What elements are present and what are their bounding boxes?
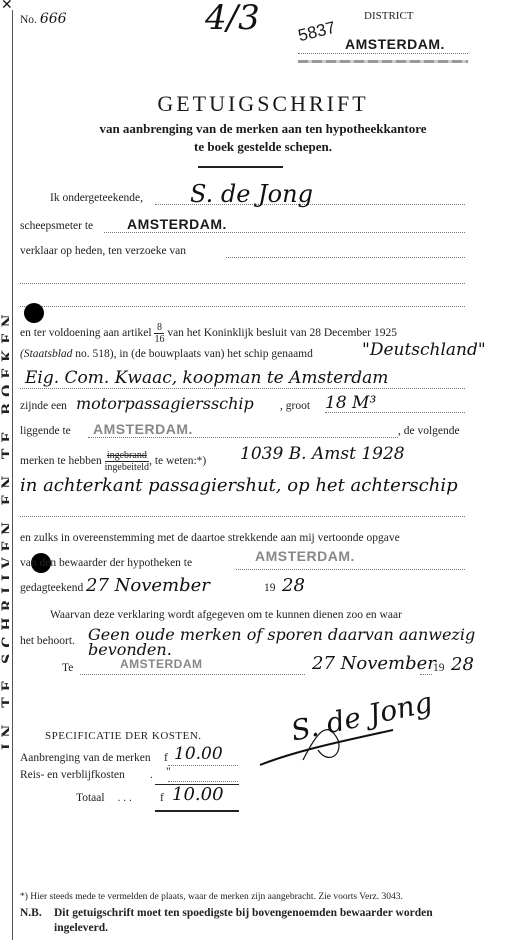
nb-text-line-1: Dit getuigschrift moet ten spoedigste bi… xyxy=(54,907,433,919)
sign-day: 27 xyxy=(312,653,335,674)
belongs-value: Geen oude merken of sporen daarvan aanwe… xyxy=(88,627,498,657)
article-denominator: 16 xyxy=(154,334,164,345)
left-margin-title: IN TE SCHRIJVEN EN TE BOEKEN xyxy=(0,250,9,750)
subtitle-line-2: te boek gestelde schepen. xyxy=(0,139,526,155)
dated-year-suffix: 28 xyxy=(282,575,305,596)
handwritten-reference: 4/3 xyxy=(205,0,260,38)
district-label: DISTRICT xyxy=(364,10,414,22)
staatsblad-rest: no. 518), in (de bouwplaats van) het sch… xyxy=(75,348,313,360)
surveyor-line xyxy=(104,232,465,233)
subtitle-line-1: van aanbrenging van de merken aan ten hy… xyxy=(0,121,526,137)
marks-line: merken te hebben ingebrand ingebeiteld ,… xyxy=(20,450,206,473)
total-label: Totaal xyxy=(76,792,105,804)
left-margin-text: IN TE SCHRIJVEN EN TE BOEKEN xyxy=(0,250,9,750)
sign-month: November xyxy=(341,653,436,674)
owner-line: Eig. Com. Kwaac, koopman te Amsterdam xyxy=(25,368,388,388)
type-label: zijnde een xyxy=(20,400,67,412)
declare-line-3 xyxy=(20,306,465,307)
sign-date-dotline xyxy=(420,674,432,675)
sign-year-prefix: 19 xyxy=(433,662,445,674)
cost-row-dotline-2 xyxy=(168,781,238,782)
total-rule xyxy=(155,810,239,812)
location-suffix: , de volgende xyxy=(398,425,460,437)
footnote: *) Hier steeds mede te vermelden de plaa… xyxy=(20,892,403,902)
location-label: liggende te xyxy=(20,425,71,437)
district-value: AMSTERDAM. xyxy=(345,36,445,52)
marks-suffix: , te weten:*) xyxy=(149,455,206,467)
marks-location: in achterkant passagiershut, op het acht… xyxy=(20,475,458,496)
sign-year-suffix: 28 xyxy=(451,654,474,675)
marks-options: ingebrand ingebeiteld xyxy=(105,450,149,473)
belongs-label: het behoort. xyxy=(20,635,75,647)
agreement-line: en zulks in overeenstemming met de daart… xyxy=(20,532,400,544)
cost-row-value-travel: " xyxy=(166,766,171,778)
dated-year-prefix: 19 xyxy=(264,582,276,594)
marks-label: merken te hebben xyxy=(20,455,102,467)
location-dotline xyxy=(88,437,398,438)
owner-dotline xyxy=(20,388,465,389)
signature-flourish xyxy=(258,710,398,770)
total-value: 10.00 xyxy=(172,784,224,805)
size-value: 18 M³ xyxy=(325,393,376,413)
declare-line-2 xyxy=(20,283,465,284)
article-suffix: van het Koninklijk besluit van 28 Decemb… xyxy=(167,327,397,339)
cross-mark: ✕ xyxy=(1,0,13,13)
marks-option: ingebeiteld xyxy=(105,462,149,473)
whereof-line: Waarvan deze verklaring wordt afgegeven … xyxy=(50,609,402,621)
size-label: , groot xyxy=(280,400,310,412)
surveyor-value: AMSTERDAM. xyxy=(127,216,227,232)
dated-day: 27 xyxy=(86,575,109,596)
ship-name: "Deutschland" xyxy=(362,340,486,360)
article-line: en ter voldoening aan artikel 8 16 van h… xyxy=(20,322,397,345)
cost-row-dotline-1 xyxy=(168,765,238,766)
number-label: No. xyxy=(20,14,37,26)
article-fraction: 8 16 xyxy=(154,322,164,345)
dated-label: gedagteekend xyxy=(20,582,83,594)
type-value: motorpassagiersschip xyxy=(76,394,254,413)
cost-row-currency-marks: f xyxy=(164,752,168,764)
size-dotline xyxy=(325,412,465,413)
marks-dotline xyxy=(20,516,465,517)
surveyor-label: scheepsmeter te xyxy=(20,220,93,232)
total-line: Totaal . . . xyxy=(76,792,132,804)
cost-row-label-marks: Aanbrenging van de merken xyxy=(20,752,151,764)
title-rule xyxy=(198,166,283,168)
punch-hole xyxy=(24,303,44,323)
number-field: No. 666 xyxy=(20,11,67,27)
cost-row-label-travel: Reis- en verblijfkosten xyxy=(20,769,125,781)
article-numerator: 8 xyxy=(154,322,164,334)
nb-text-line-2: ingeleverd. xyxy=(54,922,108,934)
marks-option-struck: ingebrand xyxy=(105,450,149,462)
dated-value: 27 November xyxy=(86,575,210,596)
declare-label: verklaar op heden, ten verzoeke van xyxy=(20,245,186,257)
undersigned-label: Ik ondergeteekende, xyxy=(50,192,143,204)
district-rule xyxy=(298,60,468,63)
undersigned-value: S. de Jong xyxy=(190,180,313,208)
article-prefix: en ter voldoening aan artikel xyxy=(20,327,152,339)
number-value: 666 xyxy=(40,11,67,27)
cost-row-value-marks: 10.00 xyxy=(174,744,223,764)
declare-line xyxy=(226,257,465,258)
keeper-dotline xyxy=(236,569,465,570)
staatsblad-label: (Staatsblad xyxy=(20,348,72,360)
keeper-value: AMSTERDAM. xyxy=(255,548,355,564)
total-currency: f xyxy=(160,792,164,804)
nb-label: N.B. xyxy=(20,907,42,919)
dated-month: November xyxy=(115,575,210,596)
staatsblad-line: (Staatsblad no. 518), in (de bouwplaats … xyxy=(20,348,313,360)
te-value: AMSTERDAM xyxy=(120,657,203,671)
location-value: AMSTERDAM. xyxy=(93,421,193,437)
stamp-number: 5837 xyxy=(296,18,338,47)
district-dotline xyxy=(298,53,468,54)
costs-title: SPECIFICATIE DER KOSTEN. xyxy=(45,730,202,742)
keeper-label: van den bewaarder der hypotheken te xyxy=(20,557,192,569)
te-dotline xyxy=(80,674,305,675)
marks-value: 1039 B. Amst 1928 xyxy=(240,444,405,464)
document-title: GETUIGSCHRIFT xyxy=(0,91,526,117)
sign-date: 27 November xyxy=(312,653,436,674)
te-label: Te xyxy=(62,662,73,674)
